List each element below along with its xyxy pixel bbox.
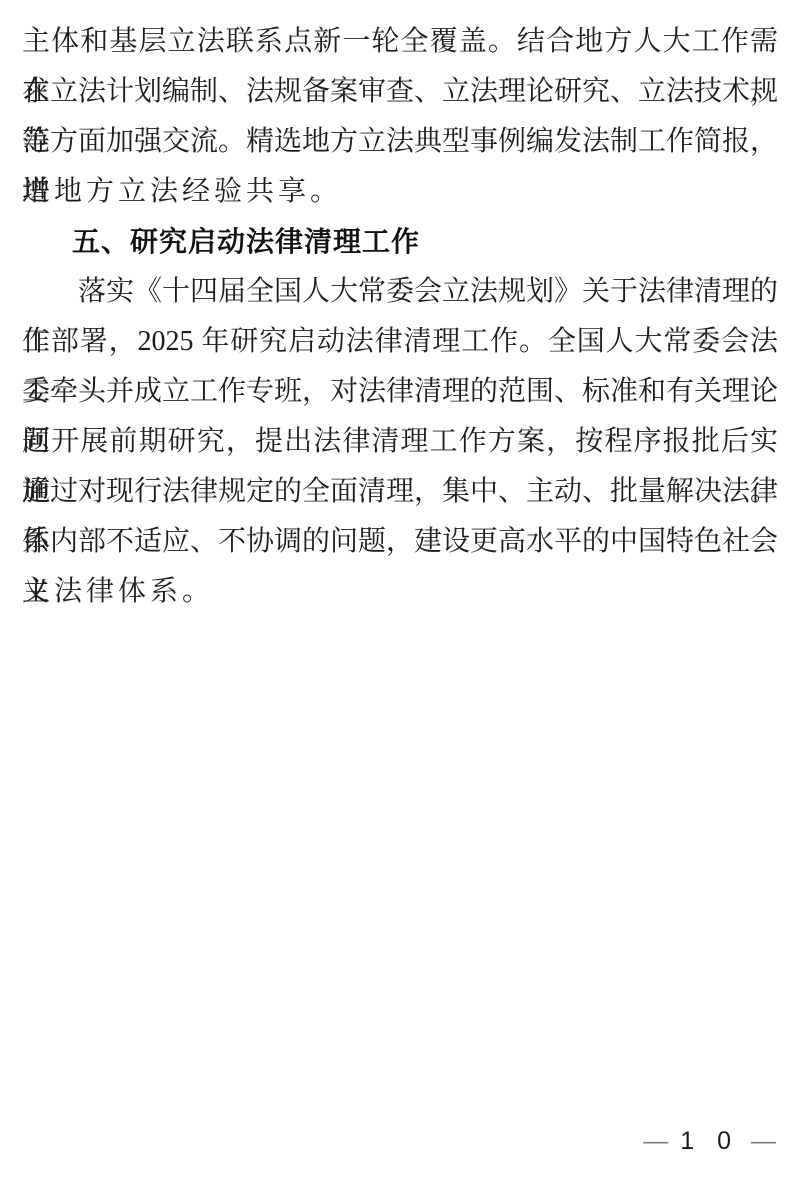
page-number-dash-left: — (643, 1129, 668, 1154)
text-line: 等方面加强交流。精选地方立法典型事例编发法制工作简报，增 (22, 117, 778, 167)
page-number-value: 1 0 (680, 1127, 739, 1156)
page-number-dash-right: — (751, 1129, 776, 1154)
paragraph-section5: 落实《十四届全国人大常委会立法规划》关于法律清理的工 作部署，2025 年研究启… (22, 267, 778, 617)
text-line: 通过对现行法律规定的全面清理，集中、主动、批量解决法律体 (22, 467, 778, 517)
text-line: 落实《十四届全国人大常委会立法规划》关于法律清理的工 (22, 267, 778, 317)
text-line: 进地方立法经验共享。 (22, 167, 778, 217)
paragraph-top: 主体和基层立法联系点新一轮全覆盖。结合地方人大工作需求， 在立法计划编制、法规备… (22, 17, 778, 217)
document-page: 主体和基层立法联系点新一轮全覆盖。结合地方人大工作需求， 在立法计划编制、法规备… (0, 0, 800, 1182)
page-number: — 1 0 — (643, 1126, 776, 1156)
section-heading: 五、研究启动法律清理工作 (22, 217, 778, 267)
text-line: 题开展前期研究，提出法律清理工作方案，按程序报批后实施。 (22, 417, 778, 467)
page-text-block: 主体和基层立法联系点新一轮全覆盖。结合地方人大工作需求， 在立法计划编制、法规备… (22, 17, 778, 617)
text-line: 作部署，2025 年研究启动法律清理工作。全国人大常委会法工 (22, 317, 778, 367)
text-line: 主体和基层立法联系点新一轮全覆盖。结合地方人大工作需求， (22, 17, 778, 67)
text-line: 在立法计划编制、法规备案审查、立法理论研究、立法技术规范 (22, 67, 778, 117)
text-line: 委牵头并成立工作专班，对法律清理的范围、标准和有关理论问 (22, 367, 778, 417)
text-line: 系内部不适应、不协调的问题，建设更高水平的中国特色社会主 (22, 517, 778, 567)
text-line: 义法律体系。 (22, 567, 778, 617)
